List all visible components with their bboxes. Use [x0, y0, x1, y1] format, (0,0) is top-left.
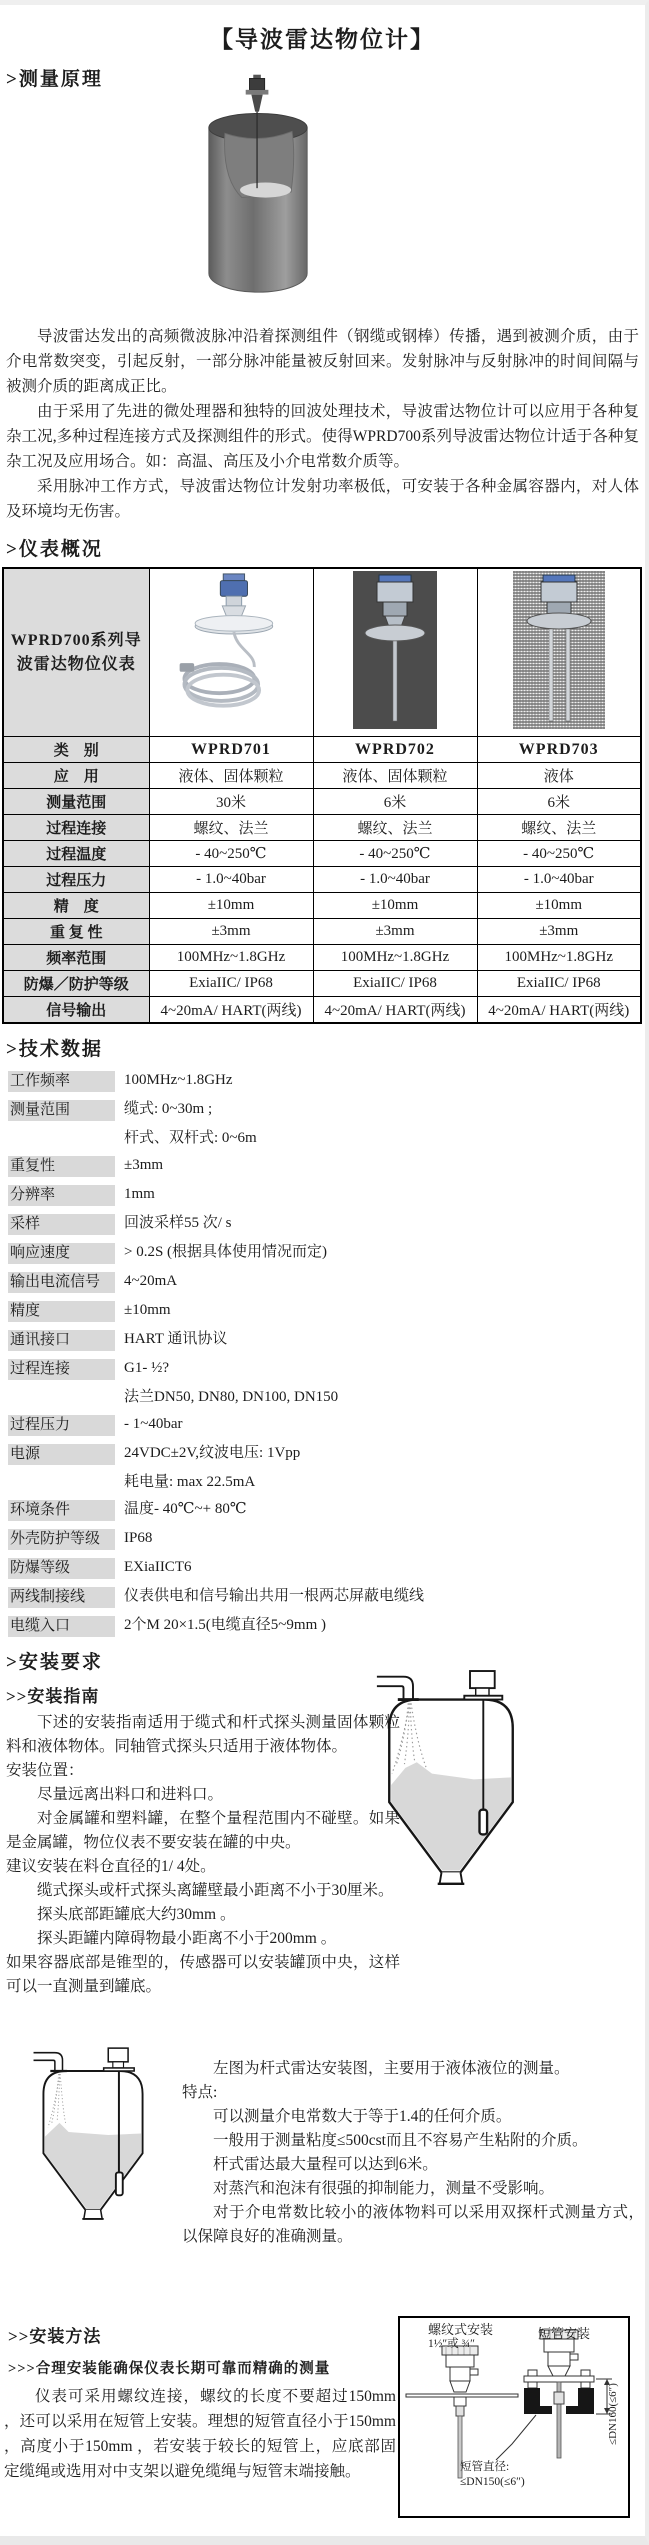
- probe-weight: [116, 2172, 123, 2195]
- text-line: 一般用于测量粘度≤500cst而且不容易产生粘附的介质。: [182, 2129, 644, 2153]
- tech-value-line: G1- ½?: [124, 1359, 338, 1378]
- tech-label: 两线制接线: [8, 1587, 115, 1608]
- tech-row: 环境条件温度- 40℃~+ 80℃: [8, 1500, 645, 1521]
- table-cell: 液体、固体颗粒: [149, 763, 313, 789]
- series-label: WPRD700系列导波雷达物位仪表: [3, 568, 149, 737]
- tech-value-line: 1mm: [124, 1185, 155, 1204]
- tech-value-line: HART 通讯协议: [124, 1330, 227, 1349]
- nozzle-height-label: ≤DN160(≤6″): [607, 2371, 619, 2457]
- table-cell: 液体: [477, 763, 641, 789]
- rod-text-lines: 左图为杆式雷达安装图，主要用于液体液位的测量。特点:可以测量介电常数大于等于1.…: [182, 2057, 644, 2270]
- silo-rod-probe-icon: [32, 2015, 154, 2265]
- nozzle-mount-label: 短管安装: [538, 2326, 590, 2341]
- tech-value-line: 法兰DN50, DN80, DN100, DN150: [124, 1388, 338, 1407]
- text-line: 左图为杆式雷达安装图，主要用于液体液位的测量。: [182, 2057, 644, 2081]
- table-cell: - 1.0~40bar: [149, 867, 313, 893]
- text-line: 尽量远离出料口和进料口。: [6, 1783, 400, 1807]
- text-line: 探头距罐内障碍物最小距离不小于200mm 。: [6, 1927, 400, 1951]
- storage-tank-3d-icon: [206, 69, 310, 313]
- table-cell: 4~20mA/ HART(两线): [313, 997, 477, 1024]
- table-cell: ±10mm: [313, 893, 477, 919]
- tech-values: 回波采样55 次/ s: [124, 1214, 232, 1233]
- section-heading-tech: >技术数据: [6, 1034, 645, 1061]
- text-line: 可以测量介电常数大于等于1.4的任何介质。: [182, 2105, 644, 2129]
- tech-values: HART 通讯协议: [124, 1330, 227, 1349]
- text-line: 缆式探头或杆式探头离罐壁最小距离不小于30厘米。: [6, 1879, 400, 1903]
- tech-value-line: 4~20mA: [124, 1272, 177, 1291]
- method-text-column: >>安装方法 >>>合理安装能确保仪表长期可靠而精确的测量 仪表可采用螺纹连接，…: [2, 2322, 402, 2484]
- inlet-pipe: [377, 1677, 413, 1700]
- table-cell: - 40~250℃: [313, 841, 477, 867]
- tech-label: 电源: [8, 1444, 115, 1465]
- text-line: 杆式雷达最大量程可以达到6米。: [182, 2153, 644, 2177]
- table-cell: ±10mm: [477, 893, 641, 919]
- guide-text: 下述的安装指南适用于缆式和杆式探头测量固体颗粒料和液体物体。同轴管式探头只适用于…: [6, 1711, 400, 1999]
- table-row: 过程压力- 1.0~40bar- 1.0~40bar- 1.0~40bar: [3, 867, 641, 893]
- wprd702-rod-probe-icon: [353, 571, 437, 729]
- tech-values: 4~20mA: [124, 1272, 177, 1291]
- tech-row: 电缆入口2个M 20×1.5(电缆直径5~9mm ): [8, 1616, 645, 1637]
- table-cell: ±3mm: [149, 919, 313, 945]
- mount-flange: [104, 2068, 135, 2071]
- wprd701-cable-probe-icon: [168, 570, 294, 730]
- table-row: 频率范围100MHz~1.8GHz100MHz~1.8GHz100MHz~1.8…: [3, 945, 641, 971]
- radar-flange: [246, 90, 269, 95]
- subsection-heading-guide: >>安装指南: [6, 1682, 645, 1707]
- tech-values: 1mm: [124, 1185, 155, 1204]
- table-cell: 螺纹、法兰: [313, 815, 477, 841]
- tech-values: G1- ½?法兰DN50, DN80, DN100, DN150: [124, 1359, 338, 1407]
- method-note-heading: >>>合理安装能确保仪表长期可靠而精确的测量: [8, 2357, 402, 2378]
- method-paragraph: 仪表可采用螺纹连接，螺纹的长度不要超过150mm ，还可以采用在短管上安装。理想…: [4, 2384, 396, 2484]
- table-cell: WPRD703: [477, 737, 641, 763]
- silo-cable-probe-icon: [375, 1669, 527, 1902]
- section-heading-principle: >测量原理: [6, 64, 645, 91]
- row-label: 测量范围: [3, 789, 149, 815]
- tech-label: 采样: [8, 1214, 115, 1235]
- table-row: 过程温度- 40~250℃- 40~250℃- 40~250℃: [3, 841, 641, 867]
- row-label: 精 度: [3, 893, 149, 919]
- tech-row: 外壳防护等级IP68: [8, 1529, 645, 1550]
- text-line: 对金属罐和塑料罐，在整个量程范围内不碰壁。如果是金属罐，物位仪表不要安装在罐的中…: [6, 1807, 400, 1855]
- table-cell: - 1.0~40bar: [477, 867, 641, 893]
- tech-label: 过程连接: [8, 1359, 115, 1380]
- tech-value-line: 温度- 40℃~+ 80℃: [124, 1500, 247, 1519]
- table-cell: 100MHz~1.8GHz: [313, 945, 477, 971]
- tech-row: 输出电流信号4~20mA: [8, 1272, 645, 1293]
- overview-table: WPRD700系列导波雷达物位仪表: [2, 567, 642, 1024]
- install-section: >安装要求 >>安装指南 下述的安装指南适用于缆式和杆式探头测量固体颗粒料和液体…: [0, 1647, 645, 1999]
- table-cell: 6米: [477, 789, 641, 815]
- tech-row: 两线制接线仪表供电和信号输出共用一根两芯屏蔽电缆线: [8, 1587, 645, 1608]
- table-header-row: WPRD700系列导波雷达物位仪表: [3, 568, 641, 737]
- tech-value-line: ±3mm: [124, 1156, 163, 1175]
- tech-values: 100MHz~1.8GHz: [124, 1071, 233, 1090]
- principle-paragraph: 由于采用了先进的微处理器和独特的回波处理技术，导波雷达物位计可以应用于各种复杂工…: [6, 399, 639, 474]
- row-label: 过程连接: [3, 815, 149, 841]
- wprd703-dual-rod-probe-icon: [513, 571, 605, 729]
- row-label: 重 复 性: [3, 919, 149, 945]
- tech-value-line: 耗电量: max 22.5mA: [124, 1473, 300, 1492]
- tech-label: 通讯接口: [8, 1330, 115, 1351]
- thread-mount-diagram: [406, 2346, 518, 2478]
- text-line: 下述的安装指南适用于缆式和杆式探头测量固体颗粒料和液体物体。同轴管式探头只适用于…: [6, 1711, 400, 1759]
- tech-value-line: > 0.2S (根据具体使用情况而定): [124, 1243, 327, 1262]
- row-label: 频率范围: [3, 945, 149, 971]
- product-image-wprd702: [313, 568, 477, 737]
- section-heading-overview: >仪表概况: [6, 534, 645, 561]
- tech-row: 分辨率1mm: [8, 1185, 645, 1206]
- tech-value-line: - 1~40bar: [124, 1415, 183, 1434]
- text-line: 探头底部距罐底大约30mm 。: [6, 1903, 400, 1927]
- inlet-pipe: [34, 2053, 63, 2071]
- tech-value-line: 2个M 20×1.5(电缆直径5~9mm ): [124, 1616, 326, 1635]
- table-cell: WPRD701: [149, 737, 313, 763]
- tech-row: 响应速度> 0.2S (根据具体使用情况而定): [8, 1243, 645, 1264]
- tech-row: 重复性±3mm: [8, 1156, 645, 1177]
- tech-label: 环境条件: [8, 1500, 115, 1521]
- row-label: 信号输出: [3, 997, 149, 1024]
- table-cell: 4~20mA/ HART(两线): [149, 997, 313, 1024]
- tech-row: 采样回波采样55 次/ s: [8, 1214, 645, 1235]
- table-cell: - 1.0~40bar: [313, 867, 477, 893]
- radar-housing: [108, 2048, 128, 2062]
- tech-values: IP68: [124, 1529, 152, 1548]
- mount-flange: [464, 1696, 502, 1700]
- pipe-diameter-value: ≤DN150(≤6″): [460, 2475, 525, 2490]
- tech-row: 电源24VDC±2V,纹波电压: 1Vpp耗电量: max 22.5mA: [8, 1444, 645, 1492]
- mounting-diagram-box: 螺纹式安装 1½″或 ¾″ 短管安装 短管直径: ≤DN150(≤6″) ≤DN…: [398, 2316, 630, 2518]
- thread-size-label: 1½″或 ¾″: [428, 2337, 475, 2352]
- table-row: 测量范围30米6米6米: [3, 789, 641, 815]
- table-cell: 液体、固体颗粒: [313, 763, 477, 789]
- table-cell: 100MHz~1.8GHz: [149, 945, 313, 971]
- table-row: 精 度±10mm±10mm±10mm: [3, 893, 641, 919]
- tech-value-line: IP68: [124, 1529, 152, 1548]
- tech-values: 温度- 40℃~+ 80℃: [124, 1500, 247, 1519]
- tech-label: 工作频率: [8, 1071, 115, 1092]
- tech-label: 分辨率: [8, 1185, 115, 1206]
- tech-values: ±3mm: [124, 1156, 163, 1175]
- tech-values: > 0.2S (根据具体使用情况而定): [124, 1243, 327, 1262]
- tech-label: 防爆等级: [8, 1558, 115, 1579]
- table-cell: ExiaIIC/ IP68: [313, 971, 477, 997]
- tech-label: 测量范围: [8, 1100, 115, 1121]
- liquid-fill: [45, 2123, 141, 2208]
- tech-label: 过程压力: [8, 1415, 115, 1436]
- tech-values: 仪表供电和信号输出共用一根两芯屏蔽电缆线: [124, 1587, 424, 1606]
- tech-value-line: 仪表供电和信号输出共用一根两芯屏蔽电缆线: [124, 1587, 424, 1606]
- tech-row: 过程压力- 1~40bar: [8, 1415, 645, 1436]
- table-row: 应 用液体、固体颗粒液体、固体颗粒液体: [3, 763, 641, 789]
- text-line: 对蒸汽和泡沫有很强的抑制能力，测量不受影响。: [182, 2177, 644, 2201]
- page-title: 【导波雷达物位计】: [0, 21, 645, 54]
- radar-cone: [251, 95, 262, 112]
- table-cell: 4~20mA/ HART(两线): [477, 997, 641, 1024]
- pipe-diameter-label: 短管直径:: [460, 2460, 509, 2475]
- material-fill: [391, 1762, 511, 1870]
- method-section: >>安装方法 >>>合理安装能确保仪表长期可靠而精确的测量 仪表可采用螺纹连接，…: [0, 2322, 645, 2536]
- tech-value-line: 24VDC±2V,纹波电压: 1Vpp: [124, 1444, 300, 1463]
- radar-housing: [249, 78, 264, 89]
- text-line: 建议安装在料仓直径的1/ 4处。: [6, 1855, 400, 1879]
- probe-weight: [480, 1810, 488, 1835]
- table-cell: ExiaIIC/ IP68: [149, 971, 313, 997]
- table-cell: - 40~250℃: [149, 841, 313, 867]
- tech-value-line: 100MHz~1.8GHz: [124, 1071, 233, 1090]
- table-row: 过程连接螺纹、法兰螺纹、法兰螺纹、法兰: [3, 815, 641, 841]
- falling-material-stream: [48, 2074, 66, 2127]
- radar-housing: [470, 1671, 495, 1688]
- tech-values: 24VDC±2V,纹波电压: 1Vpp耗电量: max 22.5mA: [124, 1444, 300, 1492]
- falling-material-stream: [392, 1703, 426, 1773]
- tank-3d-illustration: [206, 69, 310, 318]
- table-cell: ±10mm: [149, 893, 313, 919]
- silo-rod-probe-diagram: [32, 2015, 154, 2270]
- table-cell: - 40~250℃: [477, 841, 641, 867]
- outlet: [84, 2210, 102, 2219]
- outlet: [440, 1872, 463, 1883]
- table-row: 防爆／防护等级ExiaIIC/ IP68ExiaIIC/ IP68ExiaIIC…: [3, 971, 641, 997]
- tech-label: 响应速度: [8, 1243, 115, 1264]
- thread-mount-label: 螺纹式安装: [428, 2322, 493, 2337]
- row-label: 类 别: [3, 737, 149, 763]
- tech-values: 2个M 20×1.5(电缆直径5~9mm ): [124, 1616, 326, 1635]
- table-row: 信号输出4~20mA/ HART(两线)4~20mA/ HART(两线)4~20…: [3, 997, 641, 1024]
- tech-row: 通讯接口HART 通讯协议: [8, 1330, 645, 1351]
- text-line: 如果容器底部是锥型的，传感器可以安装罐顶中央，这样可以一直测量到罐底。: [6, 1951, 400, 1999]
- table-cell: 螺纹、法兰: [477, 815, 641, 841]
- rod-radar-section: 左图为杆式雷达安装图，主要用于液体液位的测量。特点:可以测量介电常数大于等于1.…: [0, 2015, 645, 2270]
- table-row: 类 别WPRD701WPRD702WPRD703: [3, 737, 641, 763]
- tech-row: 防爆等级EXiaIICT6: [8, 1558, 645, 1579]
- tech-value-line: EXiaIICT6: [124, 1558, 191, 1577]
- table-row: 重 复 性±3mm±3mm±3mm: [3, 919, 641, 945]
- section-heading-install: >安装要求: [6, 1647, 645, 1674]
- tech-row: 测量范围缆式: 0~30m ;杆式、双杆式: 0~6m: [8, 1100, 645, 1148]
- liquid-surface: [240, 182, 291, 197]
- tech-values: EXiaIICT6: [124, 1558, 191, 1577]
- principle-paragraph: 采用脉冲工作方式，导波雷达物位计发射功率极低，可安装于各种金属容器内，对人体及环…: [6, 474, 639, 524]
- table-cell: 6米: [313, 789, 477, 815]
- product-image-wprd703: [477, 568, 641, 737]
- tech-label: 重复性: [8, 1156, 115, 1177]
- product-image-wprd701: [149, 568, 313, 737]
- row-label: 防爆／防护等级: [3, 971, 149, 997]
- tech-values: - 1~40bar: [124, 1415, 183, 1434]
- tech-values: 缆式: 0~30m ;杆式、双杆式: 0~6m: [124, 1100, 257, 1148]
- table-cell: ±3mm: [313, 919, 477, 945]
- tech-row: 工作频率100MHz~1.8GHz: [8, 1071, 645, 1092]
- table-cell: WPRD702: [313, 737, 477, 763]
- row-label: 过程温度: [3, 841, 149, 867]
- principle-paragraph: 导波雷达发出的高频微波脉冲沿着探测组件（钢缆或钢棒）传播，遇到被测介质，由于介电…: [6, 324, 639, 399]
- tech-value-line: 回波采样55 次/ s: [124, 1214, 232, 1233]
- table-cell: ±3mm: [477, 919, 641, 945]
- tech-value-line: ±10mm: [124, 1301, 171, 1320]
- tech-row: 精度±10mm: [8, 1301, 645, 1322]
- silo-cable-probe-diagram: [375, 1669, 527, 1907]
- tech-value-line: 缆式: 0~30m ;: [124, 1100, 257, 1119]
- tech-label: 精度: [8, 1301, 115, 1322]
- table-cell: 100MHz~1.8GHz: [477, 945, 641, 971]
- row-label: 应 用: [3, 763, 149, 789]
- tech-values: ±10mm: [124, 1301, 171, 1320]
- table-cell: ExiaIIC/ IP68: [477, 971, 641, 997]
- tech-label: 电缆入口: [8, 1616, 115, 1637]
- text-line: 对于介电常数比较小的液体物料可以采用双探杆式测量方式，以保障良好的准确测量。: [182, 2201, 644, 2249]
- subsection-heading-method: >>安装方法: [8, 2322, 402, 2347]
- tech-label: 输出电流信号: [8, 1272, 115, 1293]
- table-cell: 30米: [149, 789, 313, 815]
- text-line: 特点:: [182, 2081, 644, 2105]
- overview-table-body: WPRD700系列导波雷达物位仪表: [3, 568, 641, 1023]
- table-cell: 螺纹、法兰: [149, 815, 313, 841]
- tech-label: 外壳防护等级: [8, 1529, 115, 1550]
- row-label: 过程压力: [3, 867, 149, 893]
- tech-list: 工作频率100MHz~1.8GHz测量范围缆式: 0~30m ;杆式、双杆式: …: [8, 1071, 645, 1637]
- document-page: 【导波雷达物位计】 >测量原理 导波雷达发出的高频微波脉冲沿着探测组件（钢缆或钢…: [0, 0, 649, 2545]
- tech-value-line: 杆式、双杆式: 0~6m: [124, 1129, 257, 1148]
- tech-row: 过程连接G1- ½?法兰DN50, DN80, DN100, DN150: [8, 1359, 645, 1407]
- text-line: 安装位置：: [6, 1759, 400, 1783]
